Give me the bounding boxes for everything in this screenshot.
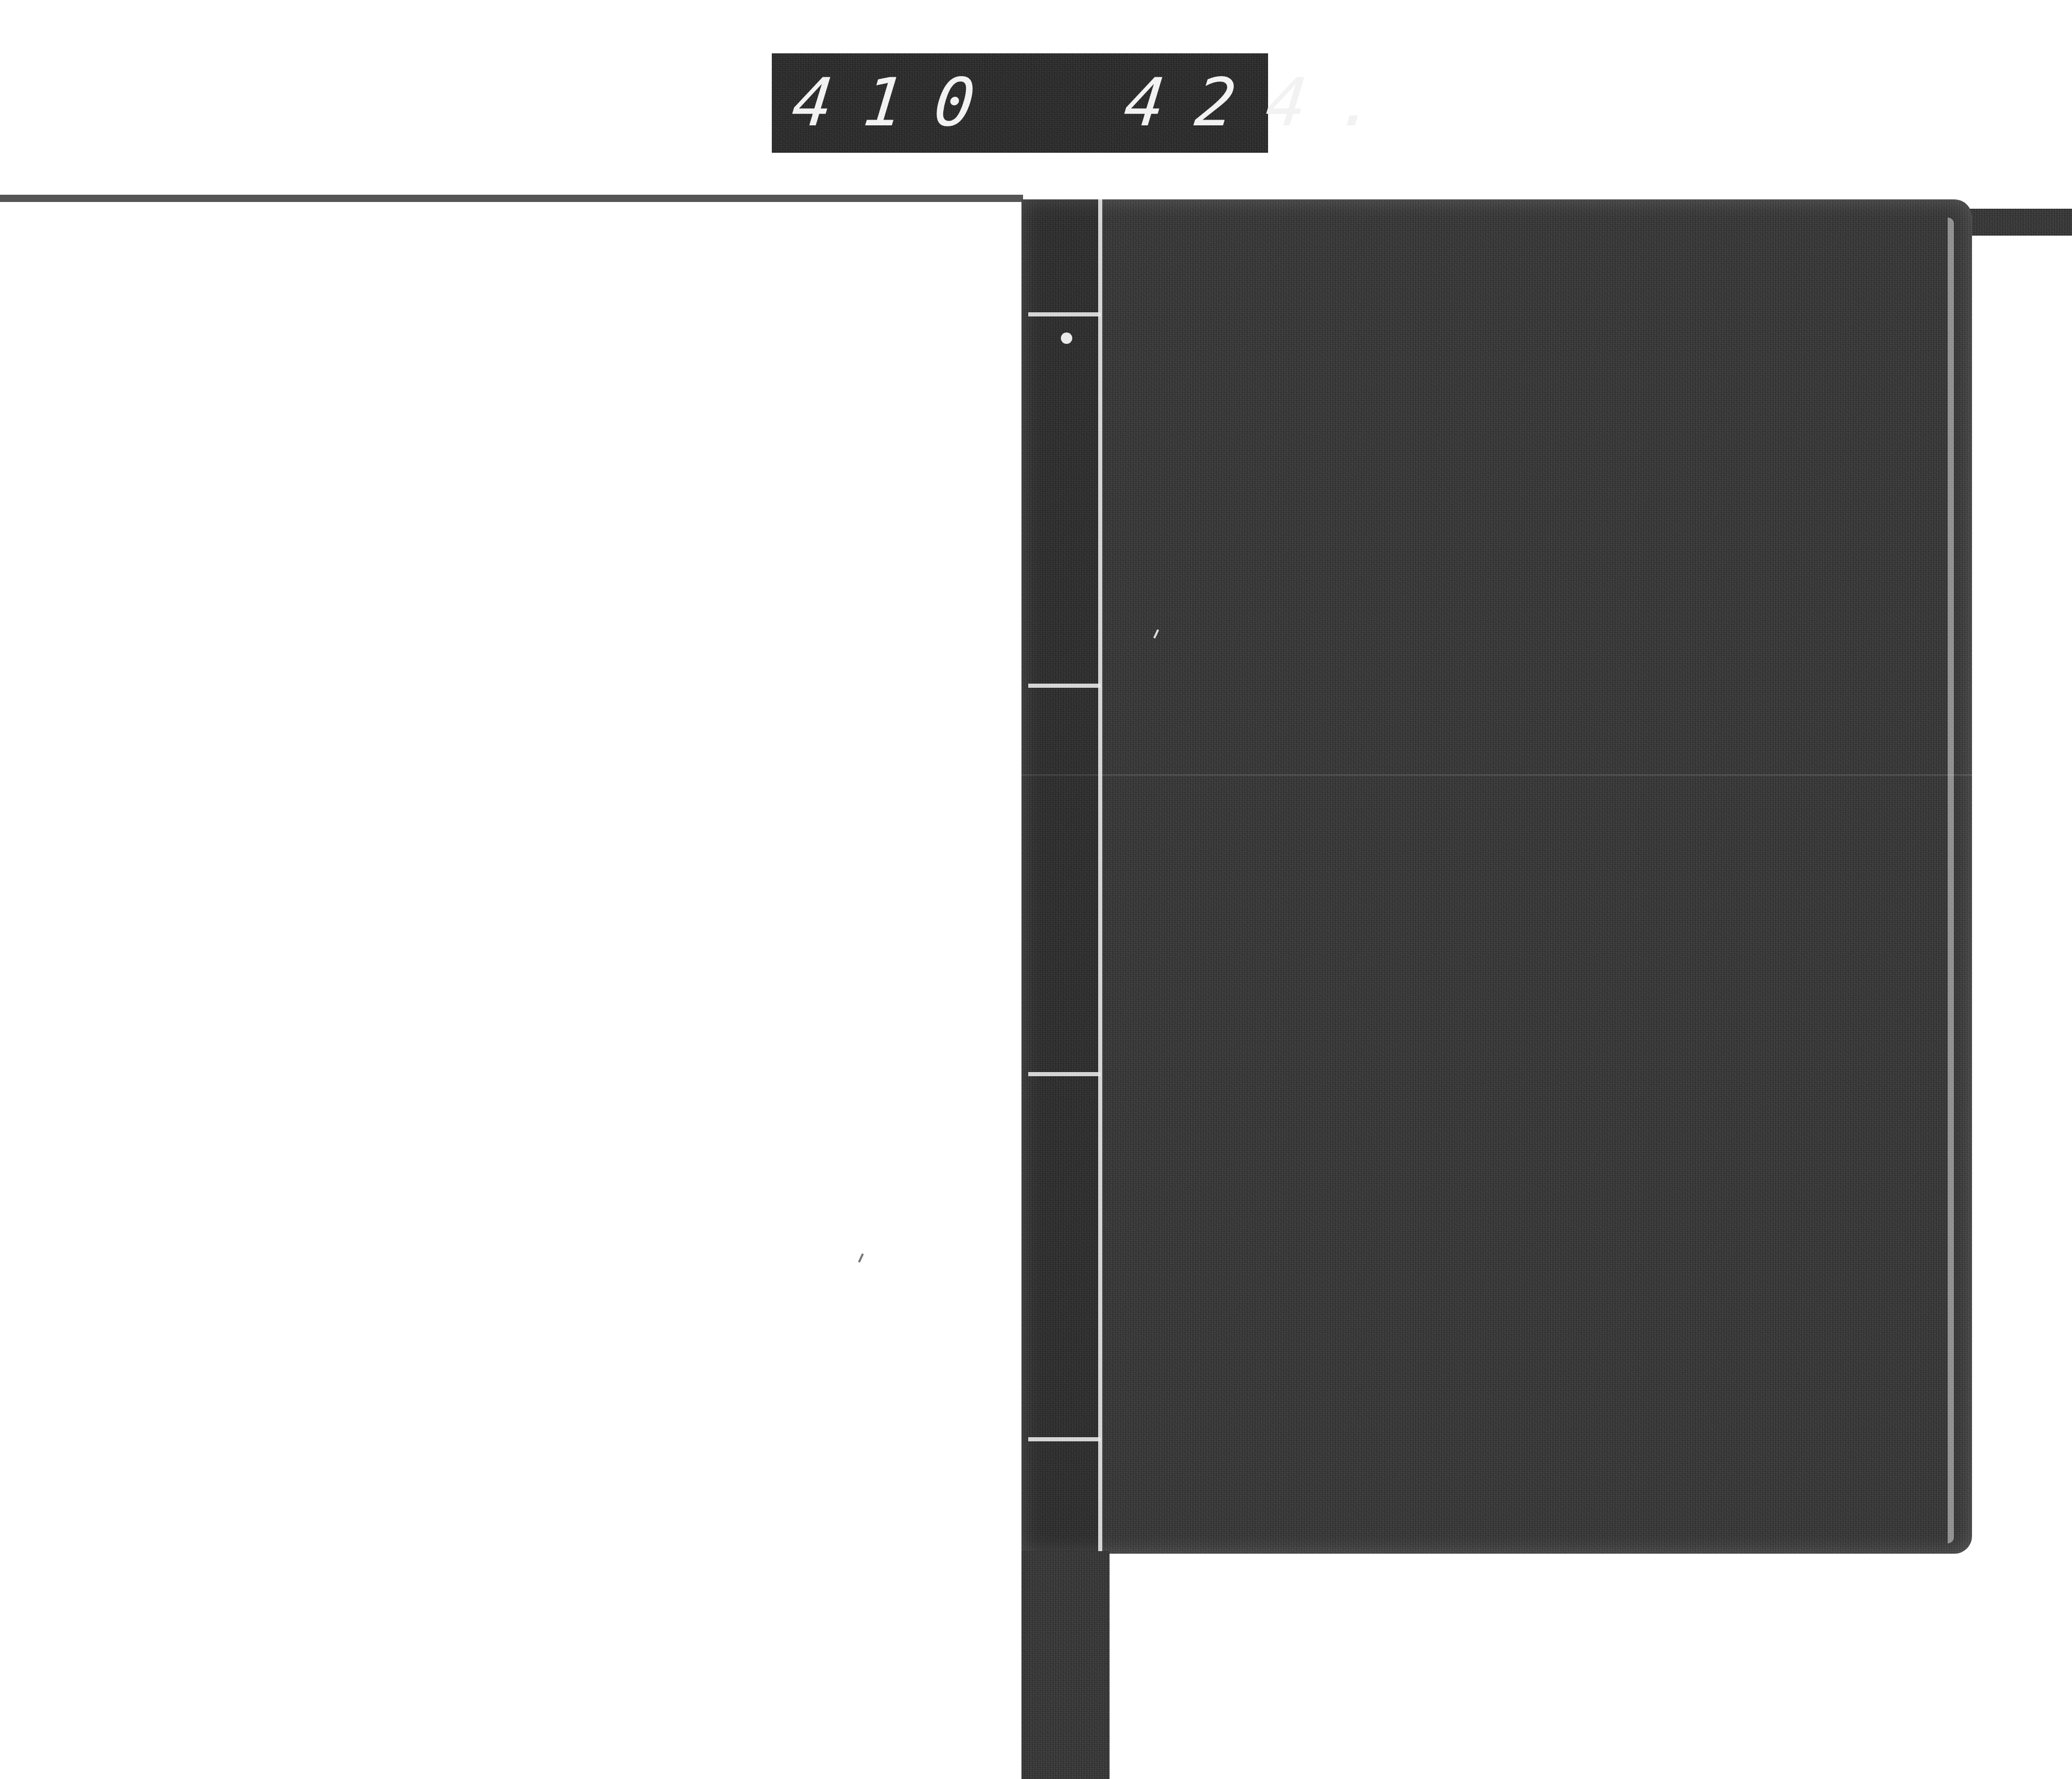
frame-label: 410 424. [772,53,1268,153]
binding-stitch [1028,312,1101,316]
binding-hole [1061,332,1072,344]
top-divider-rule [0,195,1023,202]
frame-number-start: 410 [789,70,1009,136]
spine-bottom-extension [1021,1551,1110,1779]
spine-fold-line [1098,199,1102,1556]
frame-number-end: 424. [1121,70,1412,136]
book-spine [1021,199,1102,1554]
book-cover [1021,199,1972,1554]
cover-right-edge [1948,218,1954,1543]
binding-stitch [1028,1437,1101,1441]
scan-artifact [858,1253,864,1263]
binding-stitch [1028,684,1101,688]
top-right-edge-strip [1968,209,2072,236]
binding-stitch [1028,1072,1101,1076]
